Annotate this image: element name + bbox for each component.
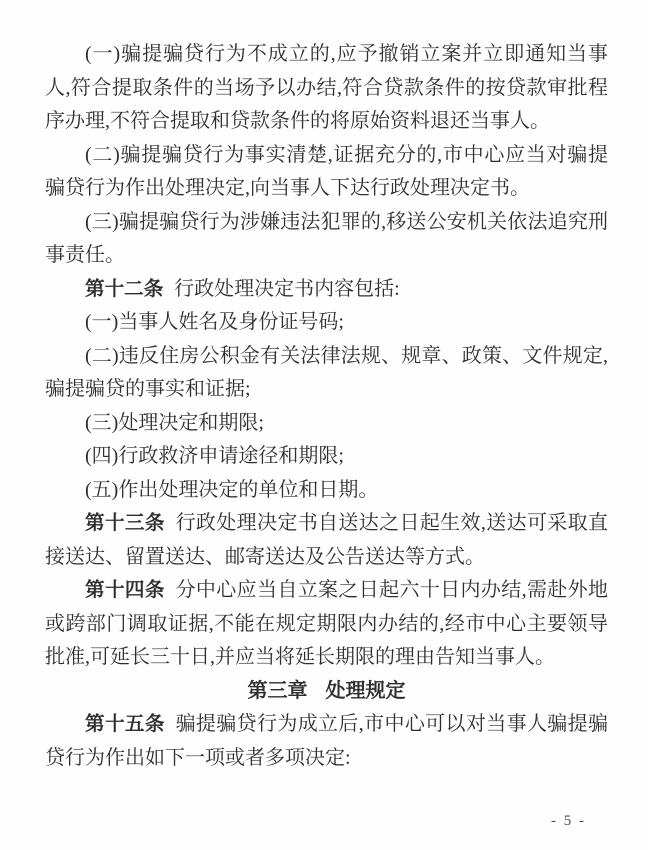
paragraph-text: (五)作出处理决定的单位和日期。 — [85, 479, 378, 501]
article-number: 第十五条 — [85, 713, 165, 735]
paragraph: (三)处理决定和期限; — [45, 407, 608, 441]
paragraph-text: (二)违反住房公积金有关法律法规、规章、政策、文件规定,骗提骗贷的事实和证据; — [45, 345, 608, 401]
page-number: - 5 - — [551, 813, 586, 830]
paragraph-text: (一)骗提骗贷行为不成立的,应予撤销立案并立即通知当事人,符合提取条件的当场予以… — [45, 43, 608, 132]
paragraph-text: (一)当事人姓名及身份证号码; — [85, 311, 344, 333]
paragraph: (三)骗提骗贷行为涉嫌违法犯罪的,移送公安机关依法追究刑事责任。 — [45, 206, 608, 273]
paragraph: (二)骗提骗贷行为事实清楚,证据充分的,市中心应当对骗提骗贷行为作出处理决定,向… — [45, 139, 608, 206]
paragraph: 第十三条行政处理决定书自送达之日起生效,送达可采取直接送达、留置送达、邮寄送达及… — [45, 507, 608, 574]
paragraph: (一)骗提骗贷行为不成立的,应予撤销立案并立即通知当事人,符合提取条件的当场予以… — [45, 38, 608, 139]
article-number: 第十四条 — [85, 579, 165, 601]
paragraph: (二)违反住房公积金有关法律法规、规章、政策、文件规定,骗提骗贷的事实和证据; — [45, 340, 608, 407]
document-page: (一)骗提骗贷行为不成立的,应予撤销立案并立即通知当事人,符合提取条件的当场予以… — [0, 0, 648, 850]
article-number: 第十二条 — [85, 278, 163, 300]
paragraph: 第十二条行政处理决定书内容包括: — [45, 273, 608, 307]
paragraph-text: (三)处理决定和期限; — [85, 412, 264, 434]
paragraph: (一)当事人姓名及身份证号码; — [45, 306, 608, 340]
paragraph-text: 行政处理决定书内容包括: — [174, 278, 400, 300]
document-body: (一)骗提骗贷行为不成立的,应予撤销立案并立即通知当事人,符合提取条件的当场予以… — [45, 38, 608, 775]
paragraph: 第十五条骗提骗贷行为成立后,市中心可以对当事人骗提骗贷行为作出如下一项或者多项决… — [45, 708, 608, 775]
paragraph-text: (二)骗提骗贷行为事实清楚,证据充分的,市中心应当对骗提骗贷行为作出处理决定,向… — [45, 144, 608, 200]
paragraph: 第十四条分中心应当自立案之日起六十日内办结,需赴外地或跨部门调取证据,不能在规定… — [45, 574, 608, 675]
paragraph-text: (三)骗提骗贷行为涉嫌违法犯罪的,移送公安机关依法追究刑事责任。 — [45, 211, 608, 267]
paragraph: (四)行政救济申请途径和期限; — [45, 440, 608, 474]
chapter-number: 第三章 — [248, 680, 308, 702]
chapter-heading: 第三章处理规定 — [45, 675, 608, 709]
article-number: 第十三条 — [85, 512, 165, 534]
paragraph-text: (四)行政救济申请途径和期限; — [85, 445, 344, 467]
paragraph: (五)作出处理决定的单位和日期。 — [45, 474, 608, 508]
chapter-title: 处理规定 — [326, 680, 406, 702]
